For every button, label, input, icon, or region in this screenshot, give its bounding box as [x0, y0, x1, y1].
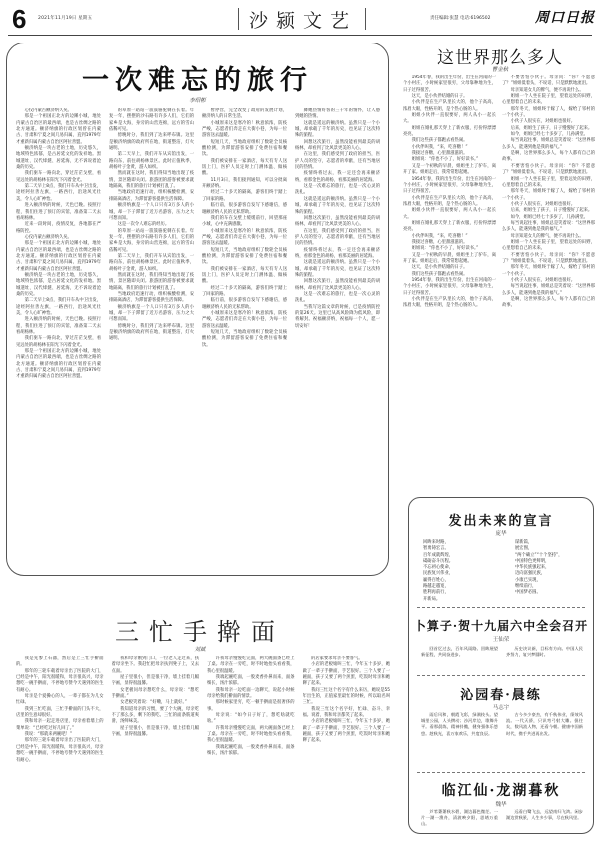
- article2-byline: 曹金秋: [400, 65, 600, 73]
- article2-body: 1954年春，我的出生年份，出生在河南的一个小村庄，小时候家里很穷，父母靠种地为…: [403, 75, 595, 487]
- poem4-body: 芦苇萋萋秋水碧，湖边暮色微茫。一片一湖一渔舟，清波映夕阳，思绪万重山。 远看白鹭…: [421, 809, 583, 831]
- article2-column-1: 1954年春，我的出生年份，出生在河南的一个小村庄，小时候家里很穷，父母靠种地为…: [403, 75, 496, 487]
- poetry-box: 发出未来的宣言 庞华 回眸来时路，智勇铸宏言。百年成就辉煌，砥砺奋斗历程。不忘初…: [408, 497, 594, 834]
- article1-byline: 李绍彬: [6, 96, 389, 104]
- section-title: 沙颍文艺: [239, 6, 365, 33]
- poem1-author: 庞华: [409, 529, 593, 537]
- poem3-title[interactable]: 沁园春·晨练: [409, 684, 593, 703]
- poem-divider: [417, 772, 585, 773]
- newspaper-logo: 周口日报: [535, 7, 595, 27]
- poem4-author: 魏华: [409, 800, 593, 808]
- article1-column-3: 暂停营，完全改变了政府的发展计划，额济纳人的日常生活。小城原来这是寒冷的！秋意浓…: [202, 108, 287, 568]
- article1-body: 心仪内蒙古额济纳久矣。那是一个祖国正北方的边陲小城，地处内蒙古自治区的最西端，也…: [16, 108, 380, 568]
- masthead: 6 2021年11月19日 星期五 沙颍文艺 责任编辑:张慧 电话:619650…: [0, 0, 600, 38]
- poem1-title[interactable]: 发出未来的宣言: [409, 510, 593, 529]
- issue-date: 2021年11月19日 星期五: [38, 15, 92, 21]
- article3-column-3: 许我母亲慢慢吃完面，两大碗面条已经上了桌。母亲在一旁吃，时不时地抬头看看我，我心…: [207, 656, 295, 838]
- poem2-right: 历史决议新，目标有方向。中国人民齐努力，复兴梦圆时。: [506, 646, 583, 668]
- poem1-left-column: 回眸来时路，智勇铸宏言。百年成就辉煌，砥砺奋斗历程。不忘初心使命，民族复兴伟业，…: [423, 540, 453, 603]
- poem3-left: 雨后风和，朝霞飞彩，绿满枝头。望城里公园，人头攒动；沙河岸边，歌舞升平。看那晨练…: [421, 712, 498, 764]
- article3-title[interactable]: 三忙手擀面: [80, 612, 320, 647]
- article3-column-2: 我和母亲刚到门口，一位老人走过来，扶着母亲坐下。我赶忙把母亲扶到凳子上，又去点面…: [112, 656, 200, 838]
- poem2-author: 王仙荣: [409, 635, 593, 643]
- poem4-title[interactable]: 临江仙·龙湖暮秋: [409, 780, 593, 800]
- poem2-title[interactable]: 卜算子·贺十九届六中全会召开: [409, 617, 593, 634]
- poem2-left: 回首忆过去，百年风雨路。回眸展望新征程，共同奋进步。: [421, 646, 498, 668]
- article1-column-4: 舞她热情好客的三千年的情怀，让人感到她的热情。这就是遥远的额济纳。虽然只是一个小…: [295, 108, 380, 568]
- editor-info: 责任编辑:张慧 电话:6196502: [430, 15, 491, 21]
- masthead-rule: [8, 35, 592, 36]
- article3-column-1: 我是先参上石器，然后是上三忙手擀面的。那年的三轮车载着母亲出了医院的大门，已经是…: [16, 656, 104, 838]
- poem3-author: 马志宇: [409, 703, 593, 711]
- article3-byline: 刘斌: [80, 645, 320, 653]
- poem4-left: 芦苇萋萋秋水碧，湖边暮色微茫。一片一湖一渔舟，清波映夕阳，思绪万重山。: [421, 809, 498, 831]
- article3-body: 我是先参上石器，然后是上三忙手擀面的。那年的三轮车载着母亲出了医院的大门，已经是…: [16, 656, 390, 838]
- poem1-right-column: 谋新篇，展宏图，“两个确立”“十个坚持”，中国特色更鲜明，中华民族强起来，迈向富…: [515, 540, 583, 603]
- article1-title[interactable]: 一次难忘的旅行: [6, 58, 389, 97]
- article3-column-4: 的店家要求母亲不要客气。小店的老板娘叫三忙，今年五十多岁，她做了一辈子手擀面，手…: [303, 656, 391, 838]
- page-number: 6: [12, 4, 26, 35]
- poem2-body: 回首忆过去，百年风雨路。回眸展望新征程，共同奋进步。 历史决议新，目标有方向。中…: [421, 646, 583, 668]
- section-divider-right: [365, 8, 366, 30]
- article1-column-2: 的草原一站站一簇簇骆驼刺在长着。年复一年，摆摆的沙石路有许多人们，它们的家乡是大…: [109, 108, 194, 568]
- section-header: 沙颍文艺: [238, 6, 366, 32]
- poem4-right: 远看白鹭飞去，远望南归飞鸿。闲步湖边赏秋景，人生多少事，尽在秋风里。: [506, 809, 583, 831]
- poem3-body: 雨后风和，朝霞飞彩，绿满枝头。望城里公园，人头攒动；沙河岸边，歌舞升平。看那晨练…: [421, 712, 583, 764]
- poem3-right: 古今多少豪杰，有千秋伟业，绩效风流。一代天骄，只识弯弓射大雕。俱往矣，数风流人物…: [506, 712, 583, 764]
- poem-divider: [417, 607, 585, 608]
- article2-column-2: 不要害怕小伙子。母亲问：“你？不愿意了？”姐姐低着头，不说话，只是默默地流泪。母…: [502, 75, 595, 487]
- article1-column-1: 心仪内蒙古额济纳久矣。那是一个祖国正北方的边陲小城，地处内蒙古自治区的最西端，也…: [16, 108, 101, 568]
- poem-divider: [417, 675, 585, 676]
- poem1-body: 回眸来时路，智勇铸宏言。百年成就辉煌，砥砺奋斗历程。不忘初心使命，民族复兴伟业，…: [423, 540, 583, 603]
